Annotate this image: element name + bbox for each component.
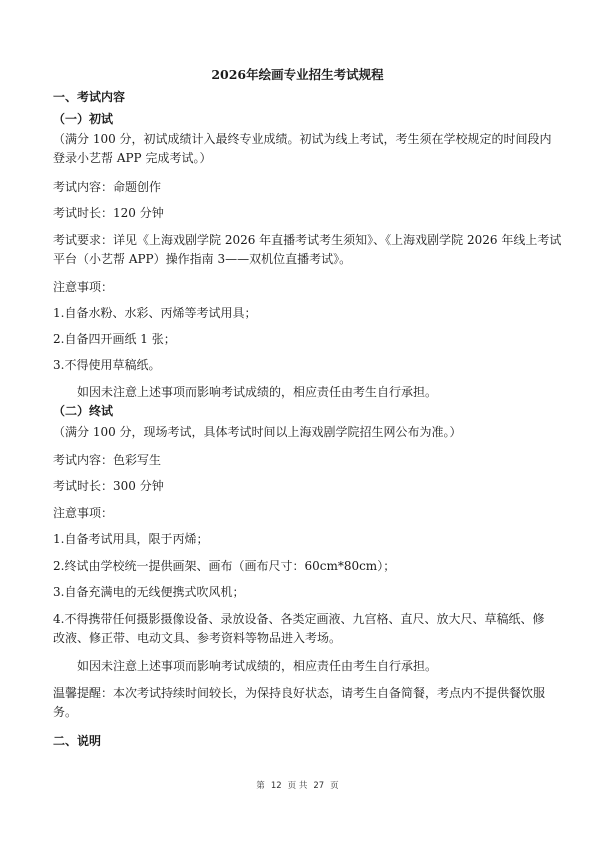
section-heading-exam-content: 一、考试内容 [53,90,125,104]
preliminary-requirement-line1: 考试要求：详见《上海戏剧学院 2026 年直播考试考生须知》、《上海戏剧学院 2… [53,233,561,247]
final-duration: 考试时长：300 分钟 [53,479,164,493]
document-title: 2026年绘画专业招生考试规程 [0,65,595,83]
final-notes-label: 注意事项： [53,506,113,520]
final-note-item-4-line2: 改液、修正带、电动文具、参考资料等物品进入考场。 [53,631,341,645]
preliminary-note-line1: （满分 100 分，初试成绩计入最终专业成绩。初试为线上考试，考生须在学校规定的… [53,132,552,146]
final-note-item-4-line1: 4.不得携带任何摄影摄像设备、录放设备、各类定画液、九宫格、直尺、放大尺、草稿纸… [53,612,544,626]
preliminary-note-item: 2.自备四开画纸 1 张； [53,332,176,346]
preliminary-duration: 考试时长：120 分钟 [53,206,164,220]
preliminary-note-line2: 登录小艺帮 APP 完成考试。） [53,151,211,165]
final-disclaimer: 如因未注意上述事项而影响考试成绩的，相应责任由考生自行承担。 [77,659,437,673]
final-note-item: 3.自备充满电的无线便携式吹风机； [53,585,244,599]
preliminary-note-item: 1.自备水粉、水彩、丙烯等考试用具； [53,306,256,320]
footer-prefix: 第 [256,781,265,791]
page-footer: 第12页 共27页 [0,779,595,791]
section-heading-explanation: 二、说明 [53,734,101,748]
footer-mid: 页 共 [288,781,308,791]
final-content: 考试内容：色彩写生 [53,453,161,467]
reminder-line1: 温馨提醒：本次考试持续时间较长，为保持良好状态，请考生自备简餐，考点内不提供餐饮… [53,686,545,700]
preliminary-note-item: 3.不得使用草稿纸。 [53,358,160,372]
final-note: （满分 100 分，现场考试，具体考试时间以上海戏剧学院招生网公布为准。） [53,425,462,439]
preliminary-disclaimer: 如因未注意上述事项而影响考试成绩的，相应责任由考生自行承担。 [77,385,437,399]
final-note-item: 1.自备考试用具，限于丙烯； [53,532,208,546]
preliminary-requirement-line2: 平台（小艺帮 APP）操作指南 3——双机位直播考试》。 [53,252,351,266]
footer-suffix: 页 [330,781,339,791]
subsection-heading-preliminary: （一）初试 [53,112,113,126]
reminder-line2: 务。 [53,705,77,719]
final-note-item: 2.终试由学校统一提供画架、画布（画布尺寸：60cm*80cm）； [53,559,395,573]
preliminary-content: 考试内容：命题创作 [53,180,161,194]
subsection-heading-final: （二）终试 [53,404,113,418]
total-pages-number: 27 [313,781,324,791]
preliminary-notes-label: 注意事项： [53,280,113,294]
current-page-number: 12 [271,781,282,791]
